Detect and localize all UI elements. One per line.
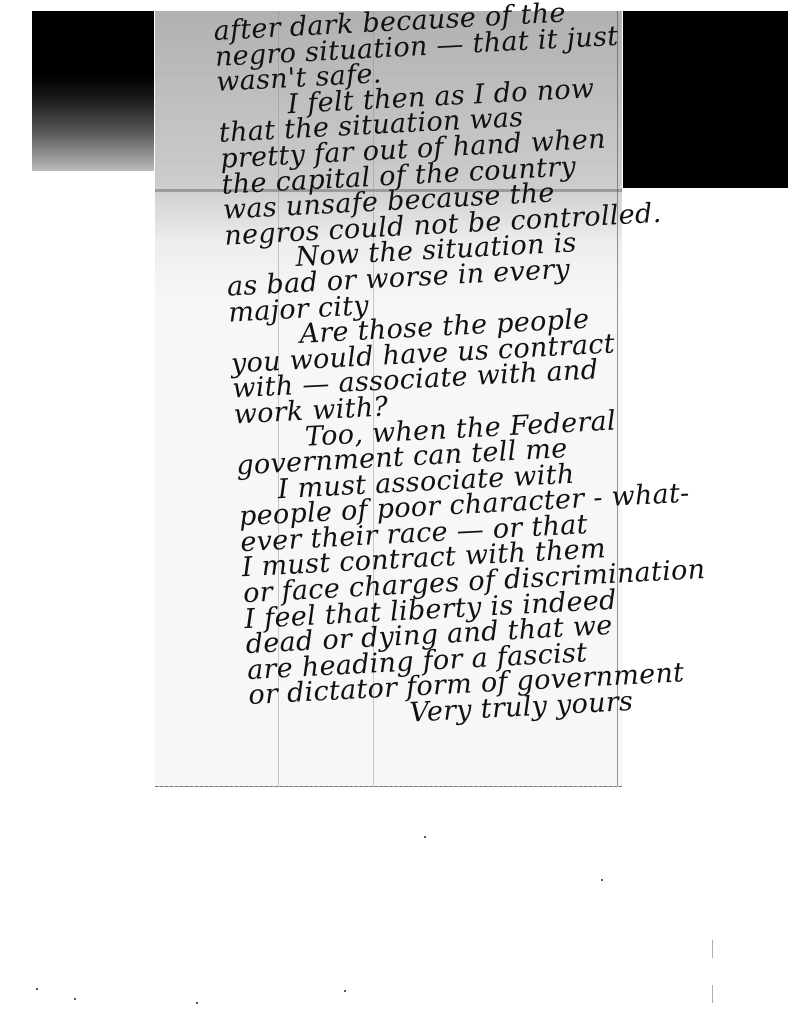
scan-mark [712,985,713,1003]
scan-speck [344,990,346,992]
scan-mark [712,940,713,958]
letter-page: after dark because of the negro situatio… [155,11,622,787]
scan-speck [74,998,76,1000]
scan-speck [36,988,38,990]
scan-dark-strip-left [32,11,154,71]
scanned-page: after dark because of the negro situatio… [0,0,788,1023]
scan-speck [601,879,603,881]
handwritten-text: after dark because of the negro situatio… [213,0,650,735]
scan-speck [196,1002,198,1004]
scan-speck [424,836,426,838]
scan-dark-region-right [623,11,788,188]
